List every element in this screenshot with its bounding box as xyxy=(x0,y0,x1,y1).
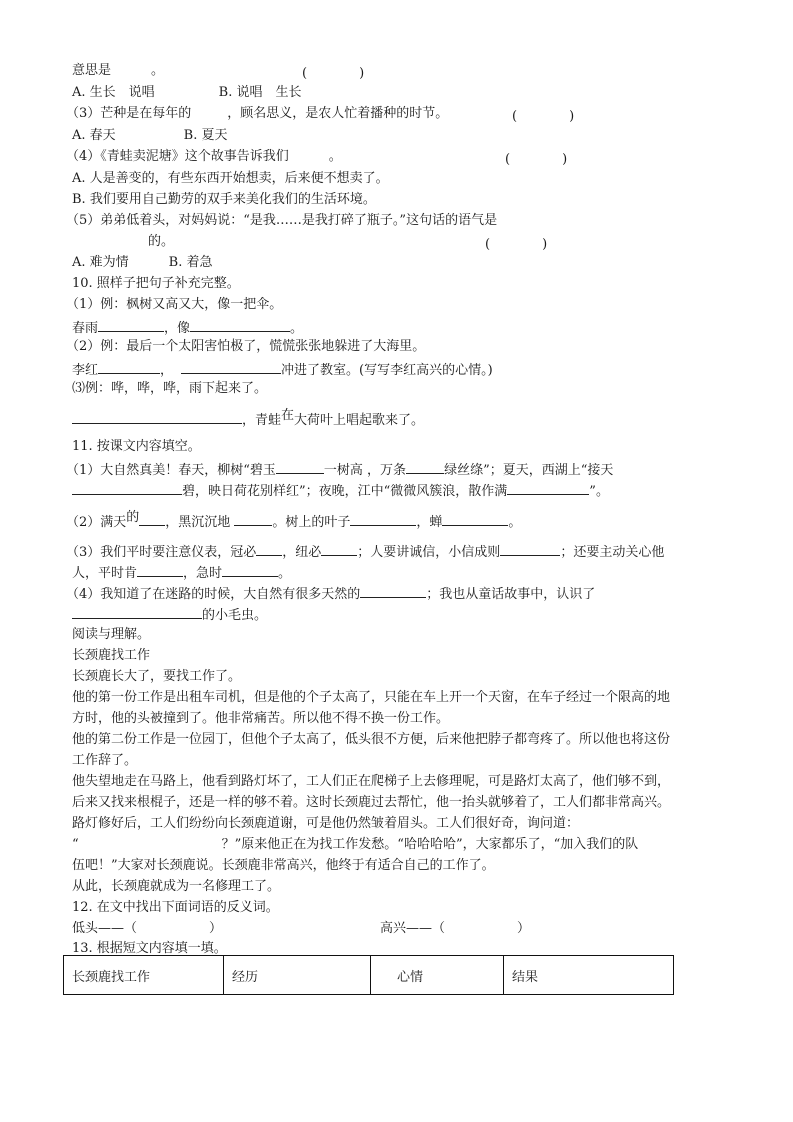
fill-blank[interactable] xyxy=(276,459,324,474)
text: 春雨 xyxy=(72,321,98,336)
q10-example-1: （1）例：枫树又高又大，像一把伞。 xyxy=(66,296,282,314)
text: 李红 xyxy=(72,363,98,378)
fill-blank[interactable] xyxy=(181,359,281,374)
answer-paren[interactable]: ( ) xyxy=(512,105,574,124)
text: ） xyxy=(517,921,530,936)
text: ”。 xyxy=(589,484,609,499)
text: 。 xyxy=(278,566,291,581)
text: （4）我知道了在迷路的时候，大自然有很多天然的 xyxy=(66,587,360,602)
text: 碧，映日荷花别样红”；夜晚，江中“微微风簇浪，散作满 xyxy=(182,484,507,499)
q11-item2: （2）满天的，黑沉沉地。树上的叶子，蝉。 xyxy=(66,511,521,532)
text: ，蝉 xyxy=(416,515,442,530)
text: ，像 xyxy=(164,321,190,336)
text: 低头——（ xyxy=(72,921,137,936)
option-b[interactable]: B. 说唱 生长 xyxy=(219,85,302,100)
fill-blank[interactable] xyxy=(500,541,560,556)
text: ， xyxy=(160,363,173,378)
text: ，急时 xyxy=(183,566,222,581)
table-cell[interactable]: 心情 xyxy=(371,956,504,995)
text: 意思是 xyxy=(72,63,111,78)
story-title: 长颈鹿找工作 xyxy=(72,647,150,665)
q9-item4: （4）《青蛙卖泥塘》这个故事告诉我们。 xyxy=(66,148,342,166)
q12-antonym-1: 低头——（） xyxy=(72,920,222,938)
text: 。 xyxy=(151,63,164,78)
q13-table: 长颈鹿找工作 经历 心情 结果 xyxy=(63,955,674,995)
story-paragraph: 他的第二份工作是一位园丁，但他个子太高了，低头很不方便，后来他把脖子都弯疼了。所… xyxy=(72,731,670,749)
story-paragraph: 他的第一份工作是出租车司机，但是他的个子太高了，只能在车上开一个天窗，在车子经过… xyxy=(72,689,670,707)
story-paragraph: 从此，长颈鹿就成为一名修理工了。 xyxy=(72,878,280,896)
q9-item5-options: A. 难为情B. 着急 xyxy=(72,254,212,272)
fill-blank[interactable] xyxy=(360,583,426,598)
q9-item5: （5）弟弟低着头，对妈妈说：“是我……是我打碎了瓶子。”这句话的语气是 xyxy=(66,212,497,230)
text: ；我也从童话故事中，认识了 xyxy=(426,587,595,602)
q11-item1-cont: 碧，映日荷花别样红”；夜晚，江中“微微风簇浪，散作满”。 xyxy=(72,480,609,501)
story-paragraph: “ ？”原来他正在为找工作发愁。“哈哈哈哈”，大家都乐了，“加入我们的队 xyxy=(72,836,638,854)
q9-item4-option-b[interactable]: B. 我们要用自己勤劳的双手来美化我们的生活环境。 xyxy=(72,191,376,209)
q12-title: 12. 在文中找出下面词语的反义词。 xyxy=(72,899,279,917)
option-b[interactable]: B. 着急 xyxy=(169,255,213,270)
fill-blank[interactable] xyxy=(442,511,508,526)
text: ；还要主动关心他 xyxy=(560,545,664,560)
story-paragraph: 工作辞了。 xyxy=(72,752,137,770)
text: ，黑沉沉地 xyxy=(165,515,230,530)
text: ；人要讲诚信，小信成则 xyxy=(357,545,500,560)
q10-fill-3: ，青蛙在大荷叶上唱起歌来了。 xyxy=(72,409,424,430)
q10-fill-1: 春雨，像。 xyxy=(72,317,303,338)
fill-blank[interactable] xyxy=(98,317,164,332)
answer-paren[interactable]: ( ) xyxy=(485,233,547,252)
text: 人，平时肯 xyxy=(72,566,137,581)
fill-blank[interactable] xyxy=(72,480,182,495)
fill-blank[interactable] xyxy=(72,604,202,619)
fill-blank[interactable] xyxy=(137,562,183,577)
q9-item5-cont: 的。 xyxy=(148,233,174,251)
q9-item3: （3）芒种是在每年的，顾名思义，是农人忙着播种的时节。 xyxy=(66,105,448,123)
q9-item3-options: A. 春天B. 夏天 xyxy=(72,127,227,145)
story-paragraph: 方时，他的头被撞到了。他非常痛苦。所以他不得不换一份工作。 xyxy=(72,710,449,728)
q11-item1: （1）大自然真美！春天，柳树“碧玉一树高 ，万条绿丝绦”；夏天，西湖上“接天 xyxy=(66,459,613,480)
table-row: 长颈鹿找工作 经历 心情 结果 xyxy=(64,956,674,995)
story-paragraph: 后来又找来根棍子，还是一样的够不着。这时长颈鹿过去帮忙，他一抬头就够着了，工人们… xyxy=(72,794,670,812)
q9-meaning-line: 意思是。 xyxy=(72,62,164,80)
text: 。 xyxy=(508,515,521,530)
q12-antonym-2: 高兴——（） xyxy=(380,920,530,938)
table-cell[interactable]: 长颈鹿找工作 xyxy=(64,956,224,995)
q10-title: 10. 照样子把句子补充完整。 xyxy=(72,275,240,293)
table-cell[interactable]: 经历 xyxy=(224,956,371,995)
q11-item4: （4）我知道了在迷路的时候，大自然有很多天然的；我也从童话故事中，认识了 xyxy=(66,583,595,604)
q11-item4-cont: 的小毛虫。 xyxy=(72,604,267,625)
fill-blank[interactable] xyxy=(321,541,357,556)
text: 的 xyxy=(126,510,139,525)
q9-item4-option-a[interactable]: A. 人是善变的，有些东西开始想卖，后来便不想卖了。 xyxy=(72,170,389,188)
fill-blank[interactable] xyxy=(507,480,589,495)
q10-example-3: ⑶例：哗，哗，哗，雨下起来了。 xyxy=(72,380,267,398)
text: 的小毛虫。 xyxy=(202,608,267,623)
fill-blank[interactable] xyxy=(350,511,416,526)
text: （3）芒种是在每年的 xyxy=(66,106,191,121)
fill-blank[interactable] xyxy=(139,511,165,526)
q11-item3-cont: 人，平时肯，急时。 xyxy=(72,562,291,583)
text: 高兴——（ xyxy=(380,921,445,936)
reading-heading: 阅读与理解。 xyxy=(72,626,150,644)
fill-blank[interactable] xyxy=(72,409,242,424)
answer-paren[interactable]: ( ) xyxy=(302,62,364,81)
fill-blank[interactable] xyxy=(406,459,444,474)
text: 冲进了教室。(写写李红高兴的心情。) xyxy=(281,363,493,378)
option-a[interactable]: A. 春天 xyxy=(72,128,116,143)
fill-blank[interactable] xyxy=(190,317,290,332)
option-b[interactable]: B. 夏天 xyxy=(184,128,228,143)
text: 。 xyxy=(290,321,303,336)
story-paragraph: 路灯修好后，工人们纷纷向长颈鹿道谢，可是他仍然皱着眉头。工人们很好奇，询问道： xyxy=(72,815,579,833)
text: （4）《青蛙卖泥塘》这个故事告诉我们 xyxy=(66,149,289,164)
q10-example-2: （2）例：最后一个太阳害怕极了，慌慌张张地躲进了大海里。 xyxy=(66,338,425,356)
fill-blank[interactable] xyxy=(234,511,272,526)
text: 大荷叶上唱起歌来了。 xyxy=(294,413,424,428)
text: 一树高 ，万条 xyxy=(324,463,406,478)
answer-paren[interactable]: ( ) xyxy=(505,148,567,167)
text: （3）我们平时要注意仪表，冠必 xyxy=(66,545,256,560)
text: （2）满天 xyxy=(66,515,126,530)
text: 在 xyxy=(281,408,294,423)
option-a[interactable]: A. 难为情 xyxy=(72,255,129,270)
text: 。树上的叶子 xyxy=(272,515,350,530)
story-paragraph: 伍吧！”大家对长颈鹿说。长颈鹿非常高兴，他终于有适合自己的工作了。 xyxy=(72,857,495,875)
q11-title: 11. 按课文内容填空。 xyxy=(72,438,201,456)
q10-fill-2: 李红，冲进了教室。(写写李红高兴的心情。) xyxy=(72,359,493,380)
story-paragraph: 长颈鹿长大了，要找工作了。 xyxy=(72,668,241,686)
text: 绿丝绦”；夏天，西湖上“接天 xyxy=(444,463,613,478)
option-a[interactable]: A. 生长 说唱 xyxy=(72,85,155,100)
text: ） xyxy=(209,921,222,936)
story-paragraph: 他失望地走在马路上，他看到路灯坏了，工人们正在爬梯子上去修理呢，可是路灯太高了，… xyxy=(72,773,670,791)
q11-item3: （3）我们平时要注意仪表，冠必，纽必；人要讲诚信，小信成则；还要主动关心他 xyxy=(66,541,664,562)
text: ，青蛙 xyxy=(242,413,281,428)
text: 。 xyxy=(329,149,342,164)
text: ，顾名思义，是农人忙着播种的时节。 xyxy=(227,106,448,121)
fill-blank[interactable] xyxy=(98,359,160,374)
q9-options-line: A. 生长 说唱B. 说唱 生长 xyxy=(72,84,301,102)
text: ，纽必 xyxy=(282,545,321,560)
table-cell[interactable]: 结果 xyxy=(504,956,674,995)
text: （1）大自然真美！春天，柳树“碧玉 xyxy=(66,463,276,478)
fill-blank[interactable] xyxy=(256,541,282,556)
fill-blank[interactable] xyxy=(222,562,278,577)
